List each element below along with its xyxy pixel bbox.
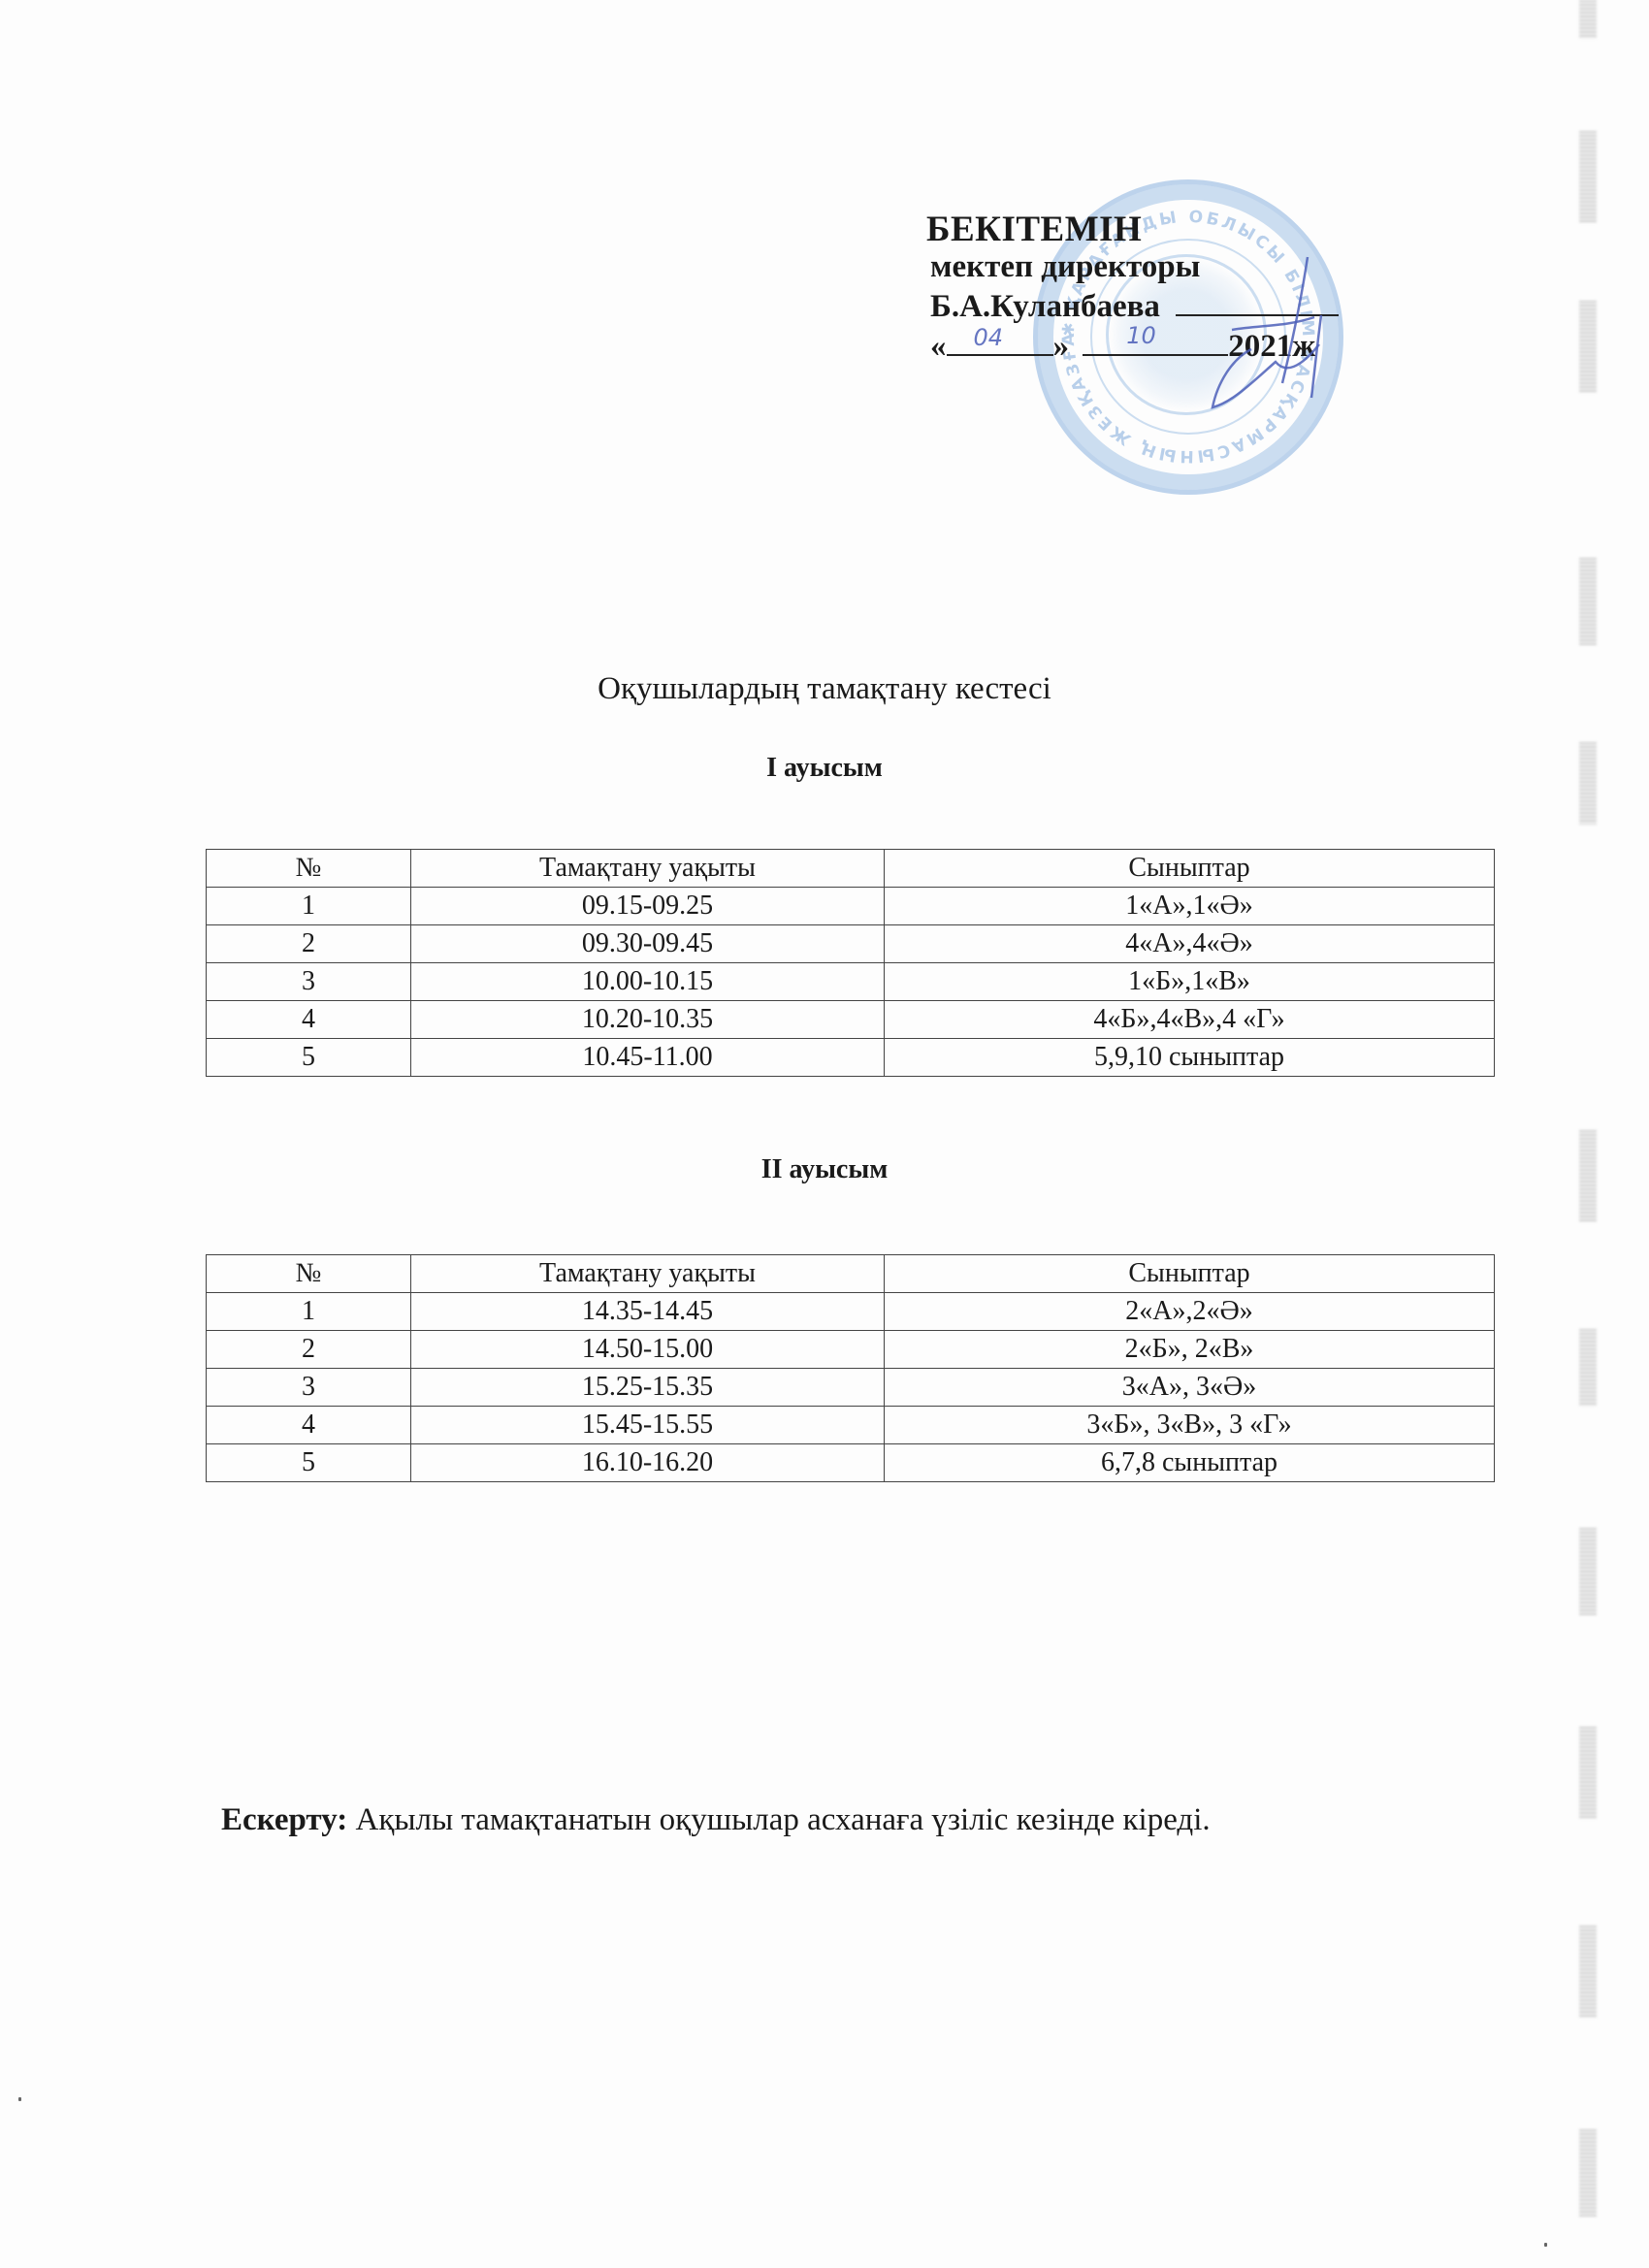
footnote-text: Ақылы тамақтанатын оқушылар асханаға үзі… <box>347 1802 1210 1837</box>
cell-meal-time: 09.15-09.25 <box>411 888 885 925</box>
table-row: 109.15-09.251«А»,1«Ә» <box>207 888 1495 925</box>
date-month-field: 10 <box>1083 325 1228 356</box>
table-row: 415.45-15.553«Б», 3«В», 3 «Г» <box>207 1407 1495 1444</box>
cell-classes: 2«Б», 2«В» <box>885 1331 1495 1369</box>
date-day-field: 04 <box>947 325 1053 356</box>
scan-speck <box>18 2097 21 2101</box>
cell-classes: 5,9,10 сыныптар <box>885 1039 1495 1077</box>
shift-2-schedule-table: № Тамақтану уақыты Сыныптар 114.35-14.45… <box>206 1254 1495 1482</box>
date-year: 2021ж <box>1228 329 1315 364</box>
cell-number: 4 <box>207 1407 411 1444</box>
table-row: 516.10-16.206,7,8 сыныптар <box>207 1444 1495 1482</box>
approval-name-row: Б.А.Куланбаева <box>930 285 1431 325</box>
cell-number: 1 <box>207 1293 411 1331</box>
cell-number: 2 <box>207 1331 411 1369</box>
column-header-meal-time: Тамақтану уақыты <box>411 850 885 888</box>
date-open-quote: « <box>930 329 947 364</box>
cell-classes: 3«Б», 3«В», 3 «Г» <box>885 1407 1495 1444</box>
scan-artifact <box>1579 131 1597 223</box>
scan-artifact <box>1579 0 1597 39</box>
date-day-handwritten: 04 <box>974 319 1004 356</box>
document-title: Оқушылардың тамақтану кестесі <box>0 671 1649 707</box>
scan-artifact <box>1579 1727 1597 1819</box>
cell-number: 3 <box>207 1369 411 1407</box>
column-header-classes: Сыныптар <box>885 1255 1495 1293</box>
cell-meal-time: 15.45-15.55 <box>411 1407 885 1444</box>
scan-speck <box>1544 2243 1547 2247</box>
approval-date-row: « 04 » 10 2021ж <box>930 325 1431 365</box>
cell-number: 5 <box>207 1039 411 1077</box>
shift-1-schedule-table: № Тамақтану уақыты Сыныптар 109.15-09.25… <box>206 849 1495 1077</box>
table-row: 209.30-09.454«А»,4«Ә» <box>207 925 1495 963</box>
cell-classes: 3«А», 3«Ә» <box>885 1369 1495 1407</box>
scan-artifact <box>1579 301 1597 393</box>
table-header-row: № Тамақтану уақыты Сыныптар <box>207 1255 1495 1293</box>
table-row: 410.20-10.354«Б»,4«В»,4 «Г» <box>207 1001 1495 1039</box>
cell-number: 4 <box>207 1001 411 1039</box>
scan-artifact <box>1579 2129 1597 2217</box>
footnote: Ескерту: Ақылы тамақтанатын оқушылар асх… <box>221 1802 1211 1838</box>
cell-meal-time: 15.25-15.35 <box>411 1369 885 1407</box>
table-header-row: № Тамақтану уақыты Сыныптар <box>207 850 1495 888</box>
shift-1-title: І ауысым <box>0 753 1649 784</box>
cell-number: 3 <box>207 963 411 1001</box>
scan-artifact <box>1579 1329 1597 1407</box>
shift-2-title: ІІ ауысым <box>0 1154 1649 1185</box>
table-row: 510.45-11.005,9,10 сыныптар <box>207 1039 1495 1077</box>
cell-meal-time: 14.35-14.45 <box>411 1293 885 1331</box>
cell-classes: 1«Б»,1«В» <box>885 963 1495 1001</box>
cell-classes: 2«А»,2«Ә» <box>885 1293 1495 1331</box>
table-row: 214.50-15.002«Б», 2«В» <box>207 1331 1495 1369</box>
cell-classes: 1«А»,1«Ә» <box>885 888 1495 925</box>
cell-classes: 4«Б»,4«В»,4 «Г» <box>885 1001 1495 1039</box>
table-row: 114.35-14.452«А»,2«Ә» <box>207 1293 1495 1331</box>
scan-artifact <box>1579 1926 1597 2018</box>
cell-meal-time: 10.00-10.15 <box>411 963 885 1001</box>
table-row: 310.00-10.151«Б»,1«В» <box>207 963 1495 1001</box>
signature-line <box>1176 285 1339 316</box>
cell-classes: 6,7,8 сыныптар <box>885 1444 1495 1482</box>
cell-number: 5 <box>207 1444 411 1482</box>
cell-number: 1 <box>207 888 411 925</box>
approval-title: БЕКІТЕМІН <box>926 211 1431 248</box>
column-header-number: № <box>207 850 411 888</box>
approval-block: БЕКІТЕМІН мектеп директоры Б.А.Куланбаев… <box>926 211 1431 365</box>
cell-meal-time: 10.20-10.35 <box>411 1001 885 1039</box>
scan-artifact <box>1579 558 1597 645</box>
scan-artifact <box>1579 1528 1597 1615</box>
cell-meal-time: 14.50-15.00 <box>411 1331 885 1369</box>
date-month-handwritten: 10 <box>1126 317 1156 354</box>
date-close-quote: » <box>1053 329 1070 364</box>
cell-meal-time: 16.10-16.20 <box>411 1444 885 1482</box>
table-row: 315.25-15.353«А», 3«Ә» <box>207 1369 1495 1407</box>
cell-meal-time: 10.45-11.00 <box>411 1039 885 1077</box>
column-header-classes: Сыныптар <box>885 850 1495 888</box>
footnote-label: Ескерту: <box>221 1802 347 1837</box>
cell-classes: 4«А»,4«Ә» <box>885 925 1495 963</box>
cell-number: 2 <box>207 925 411 963</box>
approval-position: мектеп директоры <box>930 248 1431 285</box>
column-header-meal-time: Тамақтану уақыты <box>411 1255 885 1293</box>
cell-meal-time: 09.30-09.45 <box>411 925 885 963</box>
column-header-number: № <box>207 1255 411 1293</box>
